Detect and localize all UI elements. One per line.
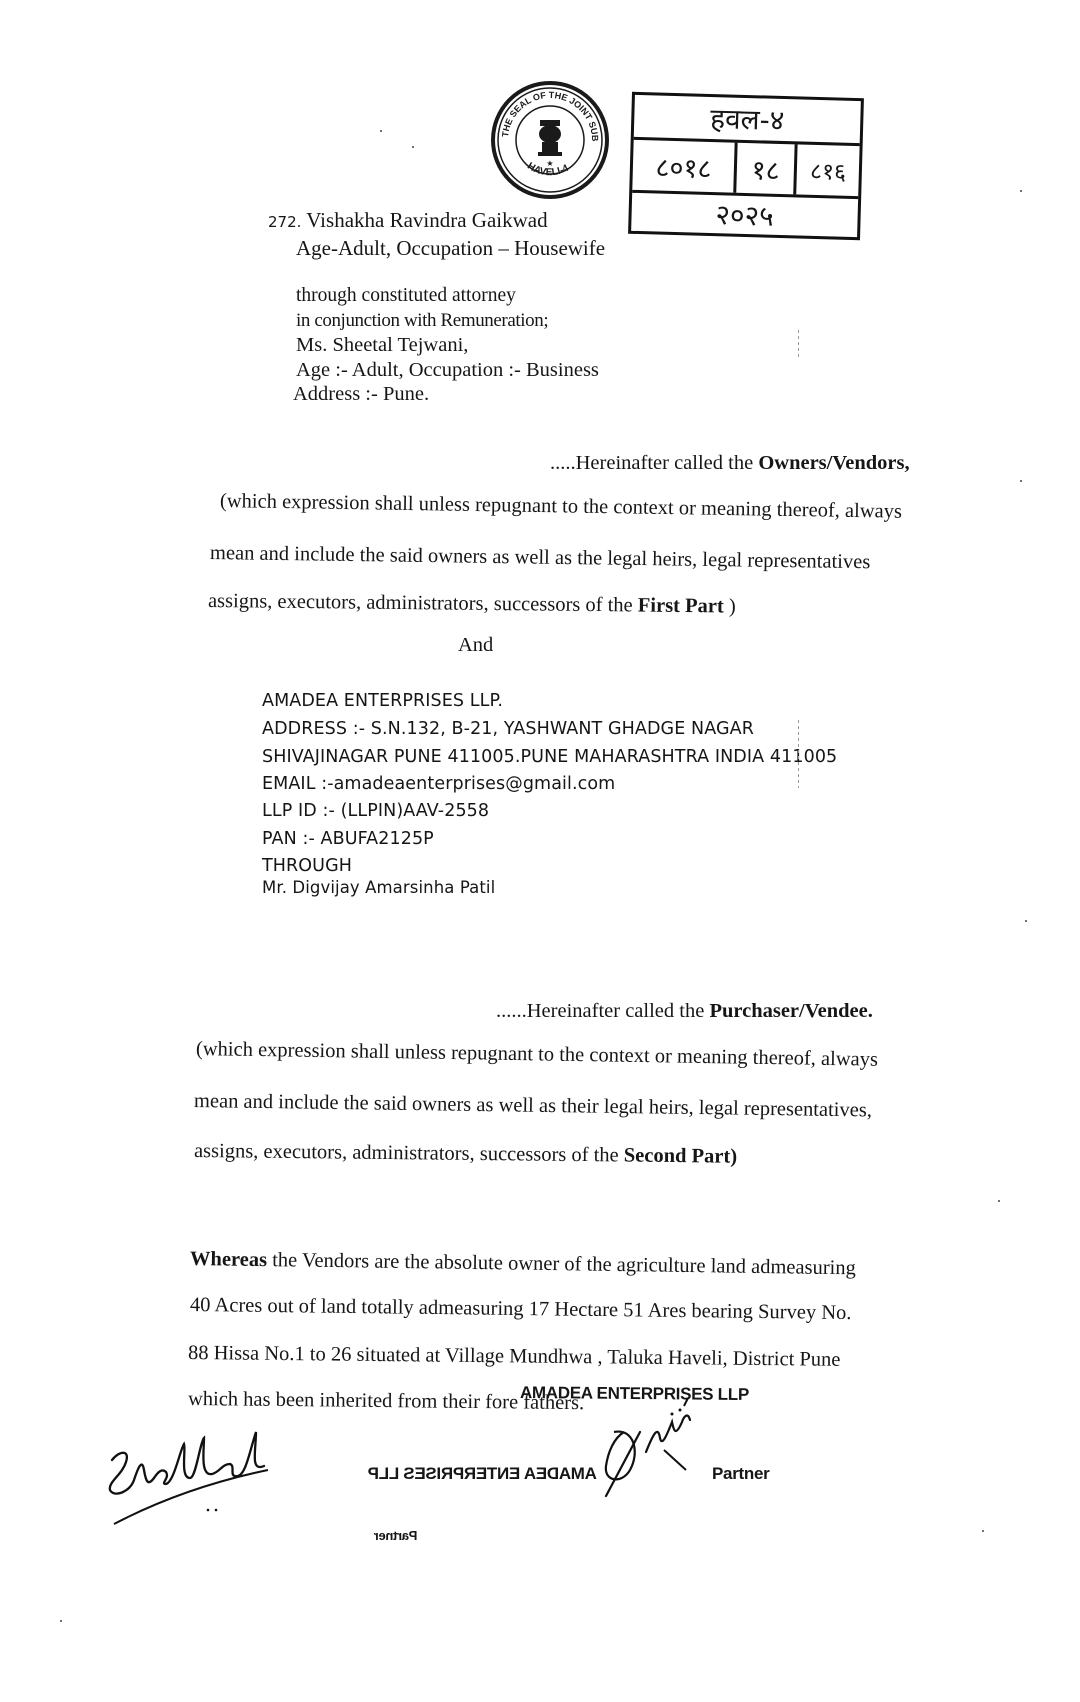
signature-sheetal-icon	[100, 1420, 280, 1540]
designation-role: Owners/Vendors,	[758, 452, 909, 474]
scan-speck	[998, 1200, 1000, 1202]
mirrored-stamp-text: AMADEA ENTERPRISES LLP	[368, 1464, 597, 1484]
svg-text:★: ★	[546, 159, 553, 168]
purchaser-address-line1: ADDRESS :- S.N.132, B-21, YASHWANT GHADG…	[262, 716, 837, 742]
owner-serial: 272.	[268, 213, 301, 231]
sub-registrar-seal: THE SEAL OF THE JOINT SUB-REGISTRAR CLAS…	[490, 80, 610, 200]
designation-lead: ......Hereinafter called the	[496, 1000, 709, 1022]
document-number: ८०१८	[632, 140, 738, 193]
conjunction-and: And	[458, 634, 493, 657]
scan-artifact	[798, 330, 799, 358]
clause-text: )	[724, 595, 736, 617]
party-label: First Part	[638, 595, 724, 618]
partner-label-mirrored: Partner	[374, 1528, 417, 1543]
attorney-line: through constituted attorney	[296, 284, 599, 309]
clause-line: assigns, executors, administrators, succ…	[208, 590, 736, 619]
purchaser-llp-id: LLP ID :- (LLPIN)AAV-2558	[262, 798, 837, 824]
page-number: १८	[736, 143, 798, 195]
scan-speck	[60, 1620, 62, 1622]
scan-speck	[412, 146, 414, 148]
designation-lead: .....Hereinafter called the	[550, 452, 758, 474]
attorney-line: Address :- Pune.	[293, 382, 599, 407]
whereas-line: 88 Hissa No.1 to 26 situated at Village …	[188, 1342, 841, 1372]
attorney-line: Age :- Adult, Occupation :- Business	[296, 358, 599, 383]
clause-line: (which expression shall unless repugnant…	[220, 490, 902, 524]
owner-name: Vishakha Ravindra Gaikwad	[306, 208, 547, 232]
clause-line: (which expression shall unless repugnant…	[196, 1038, 878, 1072]
registration-year: २०२५	[631, 193, 858, 237]
purchaser-representative: Mr. Digvijay Amarsinha Patil	[262, 875, 837, 901]
purchaser-block: AMADEA ENTERPRISES LLP. ADDRESS :- S.N.1…	[262, 688, 837, 901]
mirrored-partner-text: Partner	[374, 1528, 417, 1543]
attorney-line: in conjunction with Remuneration;	[296, 309, 599, 334]
whereas-lead: Whereas	[190, 1248, 267, 1271]
owner-details: Age-Adult, Occupation – Housewife	[296, 236, 605, 261]
registration-office: हवल-४	[634, 95, 861, 146]
purchaser-email: EMAIL :-amadeaenterprises@gmail.com	[262, 771, 837, 797]
purchaser-pan: PAN :- ABUFA2125P	[262, 826, 837, 852]
whereas-text: the Vendors are the absolute owner of th…	[267, 1249, 856, 1279]
second-party-designation: ......Hereinafter called the Purchaser/V…	[496, 1000, 873, 1023]
attorney-block: through constituted attorney in conjunct…	[296, 284, 599, 407]
seal-emblem-icon: THE SEAL OF THE JOINT SUB-REGISTRAR CLAS…	[490, 80, 610, 200]
clause-text: assigns, executors, administrators, succ…	[208, 590, 638, 617]
purchaser-address-line2: SHIVAJINAGAR PUNE 411005.PUNE MAHARASHTR…	[262, 744, 837, 770]
signature-digvijay-icon	[584, 1392, 724, 1502]
first-party-designation: .....Hereinafter called the Owners/Vendo…	[550, 452, 910, 475]
party-label: Second Part)	[624, 1145, 738, 1168]
registration-number-box: हवल-४ ८०१८ १८ ८१६ २०२५	[628, 92, 864, 240]
purchaser-name: AMADEA ENTERPRISES LLP.	[262, 688, 837, 714]
total-pages: ८१६	[797, 144, 860, 196]
clause-line: mean and include the said owners as well…	[194, 1090, 872, 1122]
scan-speck	[1025, 920, 1027, 922]
clause-line: assigns, executors, administrators, succ…	[194, 1140, 737, 1169]
clause-text: assigns, executors, administrators, succ…	[194, 1140, 624, 1167]
attorney-line: Ms. Sheetal Tejwani,	[296, 333, 599, 358]
scan-speck	[380, 130, 382, 132]
clause-line: mean and include the said owners as well…	[210, 542, 871, 574]
scan-artifact	[798, 720, 799, 788]
scan-speck	[982, 1530, 984, 1532]
scan-speck	[1020, 190, 1022, 192]
whereas-line: 40 Acres out of land totally admeasuring…	[190, 1294, 852, 1325]
owner-heading: 272. Vishakha Ravindra Gaikwad	[268, 208, 548, 233]
whereas-line: Whereas the Vendors are the absolute own…	[190, 1248, 856, 1280]
registration-numbers-row: ८०१८ १८ ८१६	[632, 140, 859, 199]
company-stamp-mirrored: AMADEA ENTERPRISES LLP	[368, 1464, 597, 1484]
scan-speck	[1020, 480, 1022, 482]
designation-role: Purchaser/Vendee.	[709, 1000, 872, 1022]
